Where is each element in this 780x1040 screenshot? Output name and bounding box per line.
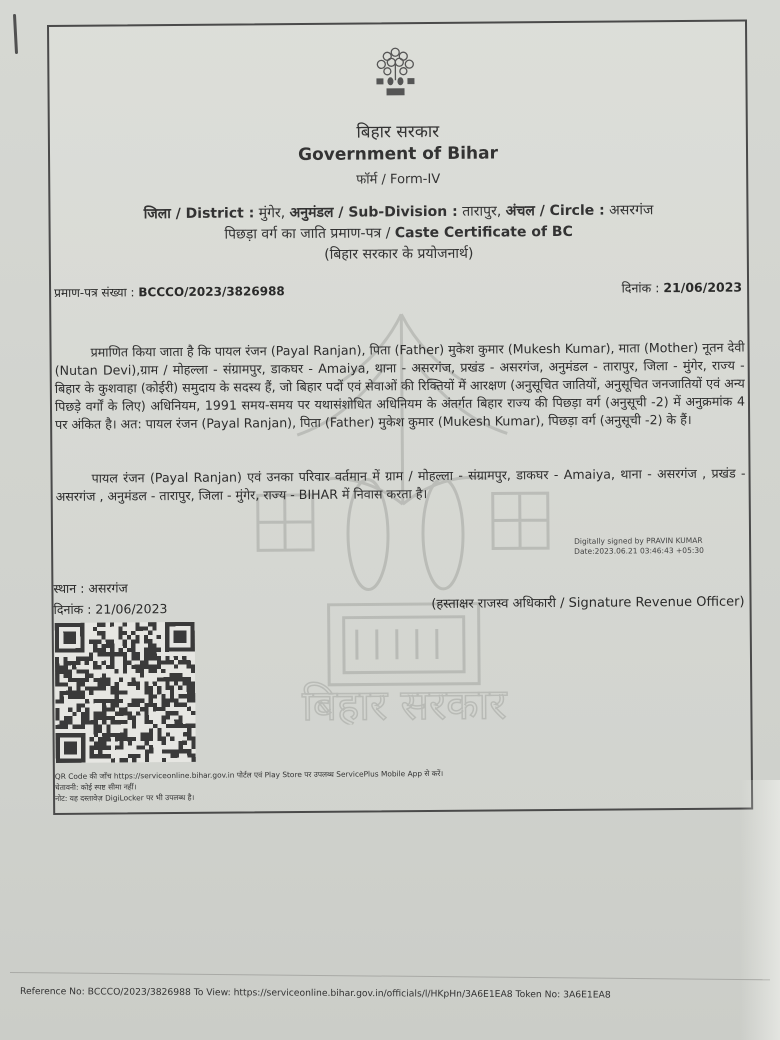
location-line: जिला / District : मुंगेर, अनुमंडल / Sub-…: [50, 200, 746, 224]
certificate-title-hindi: पिछड़ा वर्ग का जाति प्रमाण-पत्र /: [224, 225, 390, 242]
signature-revenue-officer: (हस्ताक्षर राजस्व अधिकारी / Signature Re…: [431, 592, 744, 612]
certification-text: प्रमाणित किया जाता है कि पायल रंजन (Paya…: [55, 340, 745, 432]
residence-paragraph: पायल रंजन (Payal Ranjan) एवं उनका परिवार…: [55, 465, 745, 506]
district-value: मुंगेर,: [259, 205, 286, 221]
government-title-english: Government of Bihar: [50, 142, 746, 167]
district-label: जिला / District :: [144, 205, 255, 222]
circle-value: असरगंज: [609, 202, 653, 218]
qr-code-icon[interactable]: [55, 622, 196, 763]
signature-date: दिनांक : 21/06/2023: [54, 600, 168, 618]
subdivision-value: तारापुर,: [462, 203, 501, 219]
residence-text: पायल रंजन (Payal Ranjan) एवं उनका परिवार…: [56, 466, 746, 504]
bihar-government-emblem-icon: [367, 46, 423, 98]
certificate-title: पिछड़ा वर्ग का जाति प्रमाण-पत्र / Caste …: [51, 221, 747, 245]
page-edge-shadow: [740, 780, 780, 1040]
circle-label: अंचल / Circle :: [506, 203, 605, 220]
svg-text:बिहार सरकार: बिहार सरकार: [302, 679, 508, 725]
certificate-frame: बिहार सरकार बिहार सरकार Government of Bi…: [47, 20, 753, 815]
qr-verification-note: QR Code की जाँच https://serviceonline.bi…: [55, 768, 444, 804]
government-title-hindi: बिहार सरकार: [50, 117, 746, 145]
digital-signature-date: Date:2023.06.21 03:46:43 +05:30: [574, 546, 704, 557]
certificate-date: दिनांक : 21/06/2023: [621, 279, 742, 297]
form-number: फॉर्म / Form-IV: [50, 167, 746, 190]
place: स्थान : असरगंज: [53, 579, 127, 597]
certificate-title-english: Caste Certificate of BC: [395, 224, 573, 241]
fold-line: [10, 972, 770, 980]
certificate-number-label: प्रमाण-पत्र संख्या :: [54, 285, 135, 300]
certificate-number: प्रमाण-पत्र संख्या : BCCCO/2023/3826988: [54, 282, 285, 301]
certification-paragraph: प्रमाणित किया जाता है कि पायल रंजन (Paya…: [55, 339, 746, 434]
subdivision-label: अनुमंडल / Sub-Division :: [290, 204, 458, 221]
certificate-date-label: दिनांक :: [621, 280, 659, 295]
reference-footer: Reference No: BCCCO/2023/3826988 To View…: [20, 986, 611, 1001]
certificate-purpose: (बिहार सरकार के प्रयोजनार्थ): [51, 242, 747, 266]
qr-note-line-3: नोट: यह दस्तावेज़ DigiLocker पर भी उपलब्…: [55, 790, 443, 804]
pen-mark: [13, 14, 18, 54]
certificate-date-value: 21/06/2023: [663, 280, 742, 296]
certificate-number-value: BCCCO/2023/3826988: [138, 284, 284, 299]
digital-signature: Digitally signed by PRAVIN KUMAR Date:20…: [574, 536, 704, 557]
